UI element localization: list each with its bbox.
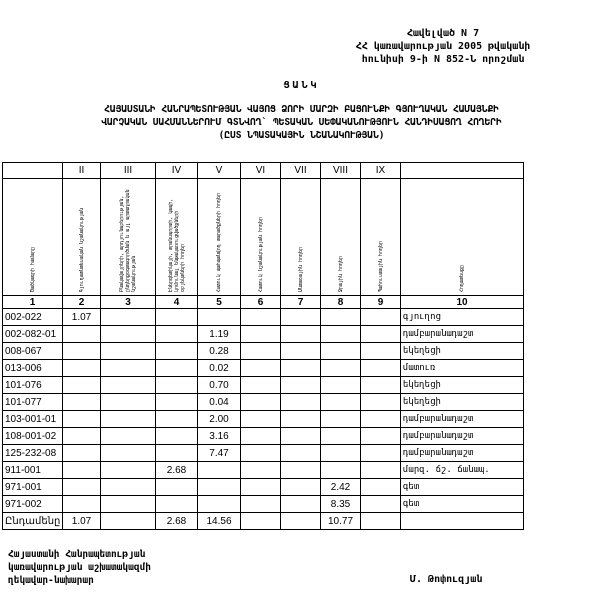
column-header-text: Ծածկագրի համարը [30, 243, 36, 292]
column-header-text: Հողատեսքը [459, 261, 465, 292]
annex-line-2: ՀՀ կառավարության 2005 թվականի [323, 40, 563, 53]
area-cell [321, 343, 361, 360]
column-number-cell: 1 [3, 296, 63, 309]
area-cell: 2.68 [156, 462, 198, 479]
land-type-cell: մատուռ [401, 360, 524, 377]
column-header-text: Պահուստային հողեր [378, 237, 384, 292]
area-cell [63, 377, 101, 394]
document-title: ՀԱՅԱՍՏԱՆԻ ՀԱՆՐԱՊԵՏՈՒԹՅԱՆ ՎԱՅՈՑ ՁՈՐԻ ՄԱՐԶ… [0, 103, 603, 142]
table-row: 103-001-012.00դամբարանադաշտ [3, 411, 524, 428]
roman-header-cell: III [101, 163, 156, 179]
area-cell [281, 428, 321, 445]
title-line-1: ՀԱՅԱՍՏԱՆԻ ՀԱՆՐԱՊԵՏՈՒԹՅԱՆ ՎԱՅՈՑ ՁՈՐԻ ՄԱՐԶ… [0, 103, 603, 116]
table-row: 125-232-087.47դամբարանադաշտ [3, 445, 524, 462]
land-table: IIIIIIVVVIVIIVIIIIX Ծածկագրի համարըԳյուղ… [2, 162, 524, 530]
land-type-cell: մարզ. ճշ. ճանապ. [401, 462, 524, 479]
area-cell: 0.28 [198, 343, 241, 360]
column-number-cell: 9 [361, 296, 401, 309]
area-cell [361, 411, 401, 428]
area-cell [361, 394, 401, 411]
land-type-cell: գետ [401, 479, 524, 496]
column-header-cell: Բնակավայրերի, արդյունաբերության, ընդերքօ… [101, 179, 156, 296]
column-header-cell: Ծածկագրի համարը [3, 179, 63, 296]
footer-line-2: կառավարության աշխատակազմի [8, 561, 151, 574]
land-type-cell: դամբարանադաշտ [401, 428, 524, 445]
area-cell [101, 394, 156, 411]
area-cell [361, 326, 401, 343]
area-cell [241, 377, 281, 394]
total-label-cell: Ընդամենը [3, 513, 63, 530]
roman-header-cell [401, 163, 524, 179]
parcel-code-cell: 971-001 [3, 479, 63, 496]
title-line-2: ՎԱՐՉԱԿԱՆ ՍԱՀՄԱՆՆԵՐՈՒՄ ԳՏՆՎՈՂ` ՊԵՏԱԿԱՆ ՍԵ… [0, 116, 603, 129]
area-cell: 1.19 [198, 326, 241, 343]
land-type-cell: դամբարանադաշտ [401, 326, 524, 343]
total-value-cell: 2.68 [156, 513, 198, 530]
column-header-text: Հատուկ պահպանվող տարածքների հողեր [216, 189, 222, 292]
column-number-cell: 2 [63, 296, 101, 309]
column-number-cell: 5 [198, 296, 241, 309]
total-value-cell [361, 513, 401, 530]
column-number-cell: 7 [281, 296, 321, 309]
area-cell [101, 411, 156, 428]
total-value-cell [241, 513, 281, 530]
area-cell [321, 411, 361, 428]
area-cell [63, 428, 101, 445]
parcel-code-cell: 002-082-01 [3, 326, 63, 343]
area-cell [63, 479, 101, 496]
column-header-cell: Անտառային հողեր [281, 179, 321, 296]
area-cell [156, 411, 198, 428]
area-cell [198, 496, 241, 513]
area-cell: 2.42 [321, 479, 361, 496]
parcel-code-cell: 101-077 [3, 394, 63, 411]
table-row: 101-0770.04եկեղեցի [3, 394, 524, 411]
total-value-cell [101, 513, 156, 530]
area-cell [156, 445, 198, 462]
area-cell [241, 428, 281, 445]
area-cell [361, 360, 401, 377]
area-cell [156, 377, 198, 394]
parcel-code-cell: 008-067 [3, 343, 63, 360]
column-header-cell: Ջրային հողեր [321, 179, 361, 296]
total-value-cell: 1.07 [63, 513, 101, 530]
roman-header-cell: VIII [321, 163, 361, 179]
area-cell [101, 309, 156, 326]
table-row: 008-0670.28եկեղեցի [3, 343, 524, 360]
area-cell [63, 411, 101, 428]
parcel-code-cell: 013-006 [3, 360, 63, 377]
column-header-cell: Էներգետիկայի, տրանսպորտի, կապի, կոմունալ… [156, 179, 198, 296]
area-cell [361, 428, 401, 445]
roman-header-cell: IV [156, 163, 198, 179]
roman-header-cell: II [63, 163, 101, 179]
parcel-code-cell: 108-001-02 [3, 428, 63, 445]
table-row: 971-0028.35գետ [3, 496, 524, 513]
area-cell: 8.35 [321, 496, 361, 513]
table-row: 971-0012.42գետ [3, 479, 524, 496]
area-cell [321, 394, 361, 411]
area-cell [361, 343, 401, 360]
land-type-cell: դամբարանադաշտ [401, 411, 524, 428]
footer-position: Հայաստանի Հանրապետության կառավարության ա… [8, 548, 151, 587]
column-number-row: 12345678910 [3, 296, 524, 309]
area-cell [156, 360, 198, 377]
area-cell [361, 445, 401, 462]
area-cell: 2.00 [198, 411, 241, 428]
area-cell [361, 377, 401, 394]
column-header-text: Բնակավայրերի, արդյունաբերության, ընդերքօ… [119, 180, 137, 292]
area-cell [63, 394, 101, 411]
total-value-cell: 14.56 [198, 513, 241, 530]
area-cell [198, 309, 241, 326]
annex-header: Հավելված N 7 ՀՀ կառավարության 2005 թվակա… [323, 27, 563, 66]
total-row: Ընդամենը1.072.6814.5610.77 [3, 513, 524, 530]
column-header-text: Ջրային հողեր [338, 252, 344, 292]
area-cell [198, 479, 241, 496]
land-type-cell: գյուղոց [401, 309, 524, 326]
area-cell [281, 394, 321, 411]
column-number-cell: 4 [156, 296, 198, 309]
parcel-code-cell: 971-002 [3, 496, 63, 513]
column-number-cell: 3 [101, 296, 156, 309]
area-cell [281, 360, 321, 377]
roman-header-row: IIIIIIVVVIVIIVIIIIX [3, 163, 524, 179]
total-type-cell [401, 513, 524, 530]
area-cell [281, 343, 321, 360]
land-type-cell: դամբարանադաշտ [401, 445, 524, 462]
table-row: 108-001-023.16դամբարանադաշտ [3, 428, 524, 445]
roman-header-cell: VII [281, 163, 321, 179]
area-cell [281, 479, 321, 496]
area-cell [361, 496, 401, 513]
column-number-cell: 8 [321, 296, 361, 309]
title-line-3: (ԸՍՏ ՆՊԱՏԱԿԱՅԻՆ ՆՇԱՆԱԿՈՒԹՅԱՆ) [0, 129, 603, 142]
area-cell [101, 428, 156, 445]
table-row: 101-0760.70եկեղեցի [3, 377, 524, 394]
parcel-code-cell: 101-076 [3, 377, 63, 394]
parcel-code-cell: 911-001 [3, 462, 63, 479]
area-cell [101, 360, 156, 377]
area-cell [101, 343, 156, 360]
area-cell [321, 326, 361, 343]
area-cell [281, 462, 321, 479]
area-cell [198, 462, 241, 479]
land-type-cell: եկեղեցի [401, 377, 524, 394]
column-header-cell: Հողատեսքը [401, 179, 524, 296]
area-cell [241, 411, 281, 428]
list-title: ՑԱՆԿ [0, 80, 603, 91]
area-cell: 3.16 [198, 428, 241, 445]
area-cell [241, 496, 281, 513]
area-cell [156, 496, 198, 513]
parcel-code-cell: 002-022 [3, 309, 63, 326]
area-cell [156, 326, 198, 343]
area-cell [63, 445, 101, 462]
annex-line-1: Հավելված N 7 [323, 27, 563, 40]
area-cell [63, 462, 101, 479]
area-cell [156, 343, 198, 360]
area-cell: 1.07 [63, 309, 101, 326]
area-cell [321, 309, 361, 326]
signatory-name: Մ. Թոփուզյան [410, 574, 482, 585]
footer-line-3: ղեկավար-նախարար [8, 574, 151, 587]
column-header-text: Էներգետիկայի, տրանսպորտի, կապի, կոմունալ… [168, 180, 186, 292]
area-cell [361, 462, 401, 479]
area-cell [321, 428, 361, 445]
area-cell [101, 496, 156, 513]
roman-header-cell: IX [361, 163, 401, 179]
column-header-text: Հատուկ նշանակության հողեր [258, 213, 264, 292]
total-value-cell: 10.77 [321, 513, 361, 530]
column-header-cell: Հատուկ նշանակության հողեր [241, 179, 281, 296]
table-row: 002-082-011.19դամբարանադաշտ [3, 326, 524, 343]
column-number-cell: 6 [241, 296, 281, 309]
area-cell: 7.47 [198, 445, 241, 462]
roman-header-cell [3, 163, 63, 179]
area-cell [241, 462, 281, 479]
area-cell: 0.70 [198, 377, 241, 394]
area-cell: 0.02 [198, 360, 241, 377]
area-cell [63, 343, 101, 360]
parcel-code-cell: 103-001-01 [3, 411, 63, 428]
area-cell [361, 479, 401, 496]
area-cell [101, 479, 156, 496]
area-cell [321, 377, 361, 394]
table-row: 013-0060.02մատուռ [3, 360, 524, 377]
area-cell [321, 462, 361, 479]
area-cell [101, 377, 156, 394]
area-cell [101, 326, 156, 343]
area-cell [241, 479, 281, 496]
table-row: 002-0221.07գյուղոց [3, 309, 524, 326]
column-header-cell: Գյուղատնտեսական նշանակության [63, 179, 101, 296]
area-cell [63, 360, 101, 377]
area-cell [156, 428, 198, 445]
column-number-cell: 10 [401, 296, 524, 309]
area-cell [281, 326, 321, 343]
area-cell: 0.04 [198, 394, 241, 411]
area-cell [361, 309, 401, 326]
column-header-text: Անտառային հողեր [298, 243, 304, 292]
area-cell [241, 445, 281, 462]
area-cell [63, 326, 101, 343]
area-cell [281, 377, 321, 394]
area-cell [281, 496, 321, 513]
column-header-cell: Հատուկ պահպանվող տարածքների հողեր [198, 179, 241, 296]
area-cell [241, 343, 281, 360]
area-cell [281, 445, 321, 462]
area-cell [241, 394, 281, 411]
area-cell [241, 309, 281, 326]
area-cell [321, 445, 361, 462]
area-cell [63, 496, 101, 513]
area-cell [241, 360, 281, 377]
roman-header-cell: V [198, 163, 241, 179]
column-header-cell: Պահուստային հողեր [361, 179, 401, 296]
area-cell [101, 445, 156, 462]
area-cell [281, 411, 321, 428]
area-cell [156, 309, 198, 326]
vertical-header-row: Ծածկագրի համարըԳյուղատնտեսական նշանակութ… [3, 179, 524, 296]
area-cell [281, 309, 321, 326]
area-cell [156, 479, 198, 496]
area-cell [321, 360, 361, 377]
table-row: 911-0012.68մարզ. ճշ. ճանապ. [3, 462, 524, 479]
parcel-code-cell: 125-232-08 [3, 445, 63, 462]
total-value-cell [281, 513, 321, 530]
annex-line-3: հունիսի 9-ի N 852-Ն որոշման [323, 53, 563, 66]
footer-line-1: Հայաստանի Հանրապետության [8, 548, 151, 561]
land-type-cell: եկեղեցի [401, 343, 524, 360]
roman-header-cell: VI [241, 163, 281, 179]
area-cell [101, 462, 156, 479]
land-type-cell: գետ [401, 496, 524, 513]
area-cell [241, 326, 281, 343]
area-cell [156, 394, 198, 411]
land-type-cell: եկեղեցի [401, 394, 524, 411]
column-header-text: Գյուղատնտեսական նշանակության [79, 204, 85, 292]
